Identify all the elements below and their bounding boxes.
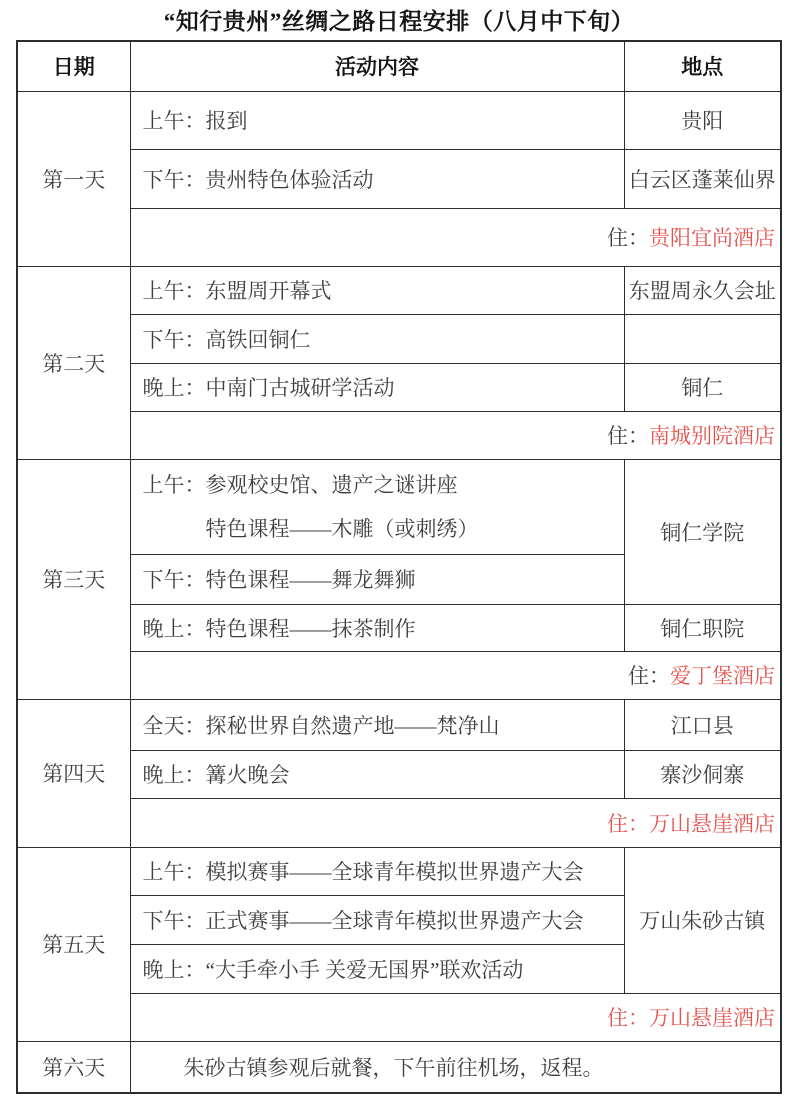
activity-cell: 下午：特色课程——舞龙舞狮 — [130, 554, 624, 604]
day-4-label: 第四天 — [17, 699, 130, 847]
stay-cell: 住：万山悬崖酒店 — [130, 993, 781, 1041]
table-row: 第五天 上午：模拟赛事——全球青年模拟世界遗产大会 万山朱砂古镇 — [17, 847, 781, 895]
table-row: 住：爱丁堡酒店 — [17, 651, 781, 699]
header-date-cell: 日期 — [17, 41, 130, 91]
table-row: 第六天 朱砂古镇参观后就餐，下午前往机场，返程。 — [17, 1041, 781, 1093]
stay-cell: 住：南城别院酒店 — [130, 411, 781, 459]
stay-label: 住： — [607, 226, 649, 250]
page-title: “知行贵州”丝绸之路日程安排（八月中下旬） — [0, 0, 798, 40]
activity-cell: 上午：模拟赛事——全球青年模拟世界遗产大会 — [130, 847, 624, 895]
stay-hotel-name: 万山悬崖酒店 — [649, 1006, 775, 1030]
activity-cell: 下午：正式赛事——全球青年模拟世界遗产大会 — [130, 895, 624, 944]
activity-line-2: 特色课程——木雕（或刺绣） — [143, 507, 624, 551]
table-row: 下午：贵州特色体验活动 白云区蓬莱仙界 — [17, 149, 781, 208]
location-cell: 东盟周永久会址 — [624, 266, 781, 314]
stay-label: 住： — [607, 424, 649, 448]
location-cell: 万山朱砂古镇 — [624, 847, 781, 993]
activity-cell: 晚上：“大手牵小手 关爱无国界”联欢活动 — [130, 944, 624, 993]
activity-cell: 下午：高铁回铜仁 — [130, 314, 624, 363]
location-cell — [624, 314, 781, 363]
activity-line-1: 上午：参观校史馆、遗产之谜讲座 — [143, 463, 624, 507]
stay-cell: 住：爱丁堡酒店 — [130, 651, 781, 699]
location-cell: 铜仁职院 — [624, 604, 781, 651]
location-cell: 铜仁学院 — [624, 459, 781, 604]
table-row: 住：万山悬崖酒店 — [17, 993, 781, 1041]
location-cell: 江口县 — [624, 699, 781, 750]
table-row: 第三天 上午：参观校史馆、遗产之谜讲座 特色课程——木雕（或刺绣） 铜仁学院 — [17, 459, 781, 554]
table-row: 晚上：特色课程——抹茶制作 铜仁职院 — [17, 604, 781, 651]
stay-hotel-name: 爱丁堡酒店 — [670, 664, 775, 688]
header-activity-cell: 活动内容 — [130, 41, 624, 91]
activity-cell: 上午：报到 — [130, 91, 624, 149]
header-location-cell: 地点 — [624, 41, 781, 91]
activity-cell: 下午：贵州特色体验活动 — [130, 149, 624, 208]
table-row: 住：万山悬崖酒店 — [17, 798, 781, 847]
day-6-label: 第六天 — [17, 1041, 130, 1093]
table-row: 第四天 全天：探秘世界自然遗产地——梵净山 江口县 — [17, 699, 781, 750]
day-5-label: 第五天 — [17, 847, 130, 1041]
activity-cell: 全天：探秘世界自然遗产地——梵净山 — [130, 699, 624, 750]
activity-cell: 晚上：篝火晚会 — [130, 750, 624, 798]
stay-cell: 住：万山悬崖酒店 — [130, 798, 781, 847]
activity-cell: 晚上：中南门古城研学活动 — [130, 363, 624, 411]
stay-label: 住： — [607, 1006, 649, 1030]
stay-hotel-name: 南城别院酒店 — [649, 424, 775, 448]
schedule-table: 日期 活动内容 地点 第一天 上午：报到 贵阳 下午：贵州特色体验活动 白云区蓬… — [16, 40, 782, 1094]
day-3-label: 第三天 — [17, 459, 130, 699]
activity-cell: 晚上：特色课程——抹茶制作 — [130, 604, 624, 651]
location-cell: 铜仁 — [624, 363, 781, 411]
location-cell: 白云区蓬莱仙界 — [624, 149, 781, 208]
header-row: 日期 活动内容 地点 — [17, 41, 781, 91]
day-1-label: 第一天 — [17, 91, 130, 266]
table-row: 晚上：篝火晚会 寨沙侗寨 — [17, 750, 781, 798]
table-row: 晚上：中南门古城研学活动 铜仁 — [17, 363, 781, 411]
day-6-content: 朱砂古镇参观后就餐，下午前往机场，返程。 — [130, 1041, 781, 1093]
table-row: 下午：高铁回铜仁 — [17, 314, 781, 363]
stay-hotel-name: 贵阳宜尚酒店 — [649, 226, 775, 250]
stay-label: 住： — [628, 664, 670, 688]
stay-hotel-name: 万山悬崖酒店 — [649, 812, 775, 836]
stay-label: 住： — [607, 812, 649, 836]
table-row: 第二天 上午：东盟周开幕式 东盟周永久会址 — [17, 266, 781, 314]
activity-cell: 上午：参观校史馆、遗产之谜讲座 特色课程——木雕（或刺绣） — [130, 459, 624, 554]
activity-cell: 上午：东盟周开幕式 — [130, 266, 624, 314]
day-2-label: 第二天 — [17, 266, 130, 459]
table-row: 住：南城别院酒店 — [17, 411, 781, 459]
table-row: 住：贵阳宜尚酒店 — [17, 208, 781, 266]
location-cell: 寨沙侗寨 — [624, 750, 781, 798]
table-row: 第一天 上午：报到 贵阳 — [17, 91, 781, 149]
stay-cell: 住：贵阳宜尚酒店 — [130, 208, 781, 266]
location-cell: 贵阳 — [624, 91, 781, 149]
